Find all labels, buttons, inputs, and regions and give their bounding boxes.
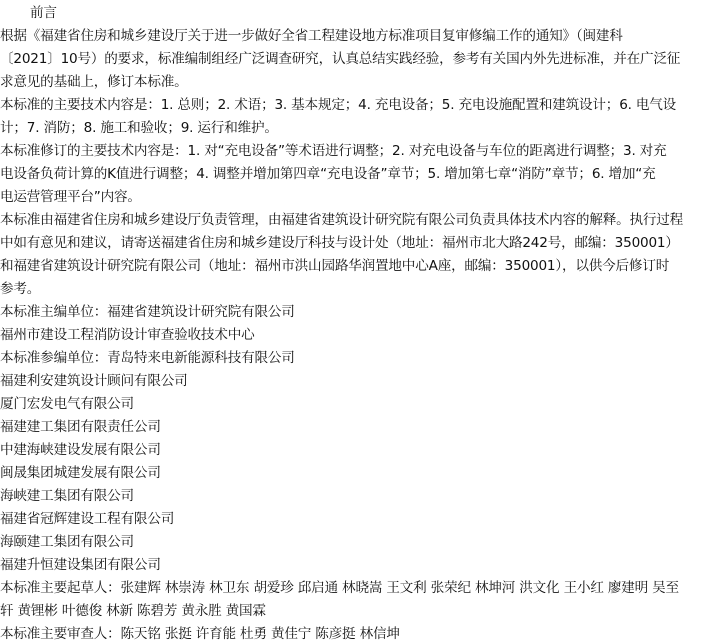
text-line: 福建利安建筑设计顾问有限公司 [0, 370, 716, 393]
text-line: 中建海峡建设发展有限公司 [0, 439, 716, 462]
text-line: 福建建工集团有限责任公司 [0, 416, 716, 439]
text-line: 电设备负荷计算的K值进行调整；4. 调整并增加第四章“充电设备”章节；5. 增加… [0, 163, 716, 186]
text-line: 本标准主要审查人：陈天铭 张挺 许育能 杜勇 黄佳宁 陈彦挺 林信坤 [0, 623, 716, 642]
section-title: 前言 [0, 2, 716, 25]
text-line: 海颐建工集团有限公司 [0, 531, 716, 554]
paragraph-management: 本标准由福建省住房和城乡建设厅负责管理，由福建省建筑设计研究院有限公司负责具体技… [0, 209, 716, 301]
paragraph-main-content: 本标准的主要技术内容是：1. 总则；2. 术语；3. 基本规定；4. 充电设备；… [0, 94, 716, 140]
text-line: 福州市建设工程消防设计审查验收技术中心 [0, 324, 716, 347]
document-body: 前言 根据《福建省住房和城乡建设厅关于进一步做好全省工程建设地方标准项目复审修编… [0, 2, 716, 642]
text-line: 闽晟集团城建发展有限公司 [0, 462, 716, 485]
text-line: 根据《福建省住房和城乡建设厅关于进一步做好全省工程建设地方标准项目复审修编工作的… [0, 25, 716, 48]
text-line: 和福建省建筑设计研究院有限公司（地址：福州市洪山园路华润置地中心A座，邮编：35… [0, 255, 716, 278]
paragraph-revision-content: 本标准修订的主要技术内容是：1. 对“充电设备”等术语进行调整；2. 对充电设备… [0, 140, 716, 209]
text-line: 本标准由福建省住房和城乡建设厅负责管理，由福建省建筑设计研究院有限公司负责具体技… [0, 209, 716, 232]
text-line: 参考。 [0, 278, 716, 301]
text-line: 计；7. 消防；8. 施工和验收；9. 运行和维护。 [0, 117, 716, 140]
text-line: 本标准主要起草人：张建辉 林崇涛 林卫东 胡爱珍 邱启通 林晓嵩 王文利 张荣纪… [0, 577, 716, 600]
paragraph-basis: 根据《福建省住房和城乡建设厅关于进一步做好全省工程建设地方标准项目复审修编工作的… [0, 25, 716, 94]
text-line: 海峡建工集团有限公司 [0, 485, 716, 508]
text-line: 本标准主编单位：福建省建筑设计研究院有限公司 [0, 301, 716, 324]
text-line: 本标准的主要技术内容是：1. 总则；2. 术语；3. 基本规定；4. 充电设备；… [0, 94, 716, 117]
text-line: 电运营管理平台”内容。 [0, 186, 716, 209]
text-line: 求意见的基础上，修订本标准。 [0, 71, 716, 94]
text-line: 本标准修订的主要技术内容是：1. 对“充电设备”等术语进行调整；2. 对充电设备… [0, 140, 716, 163]
text-line: 福建省冠辉建设工程有限公司 [0, 508, 716, 531]
text-line: 本标准参编单位：青岛特来电新能源科技有限公司 [0, 347, 716, 370]
text-line: 轩 黄锂彬 叶德俊 林新 陈碧芳 黄永胜 黄国霖 [0, 600, 716, 623]
text-line: 中如有意见和建议，请寄送福建省住房和城乡建设厅科技与设计处（地址：福州市北大路2… [0, 232, 716, 255]
paragraph-drafters: 本标准主要起草人：张建辉 林崇涛 林卫东 胡爱珍 邱启通 林晓嵩 王文利 张荣纪… [0, 577, 716, 623]
paragraph-participating-units: 本标准参编单位：青岛特来电新能源科技有限公司 福建利安建筑设计顾问有限公司 厦门… [0, 347, 716, 577]
text-line: 厦门宏发电气有限公司 [0, 393, 716, 416]
paragraph-chief-editors: 本标准主编单位：福建省建筑设计研究院有限公司 福州市建设工程消防设计审查验收技术… [0, 301, 716, 347]
text-line: 〔2021〕10号）的要求，标准编制组经广泛调查研究，认真总结实践经验，参考有关… [0, 48, 716, 71]
text-line: 福建升恒建设集团有限公司 [0, 554, 716, 577]
paragraph-reviewers: 本标准主要审查人：陈天铭 张挺 许育能 杜勇 黄佳宁 陈彦挺 林信坤 [0, 623, 716, 642]
